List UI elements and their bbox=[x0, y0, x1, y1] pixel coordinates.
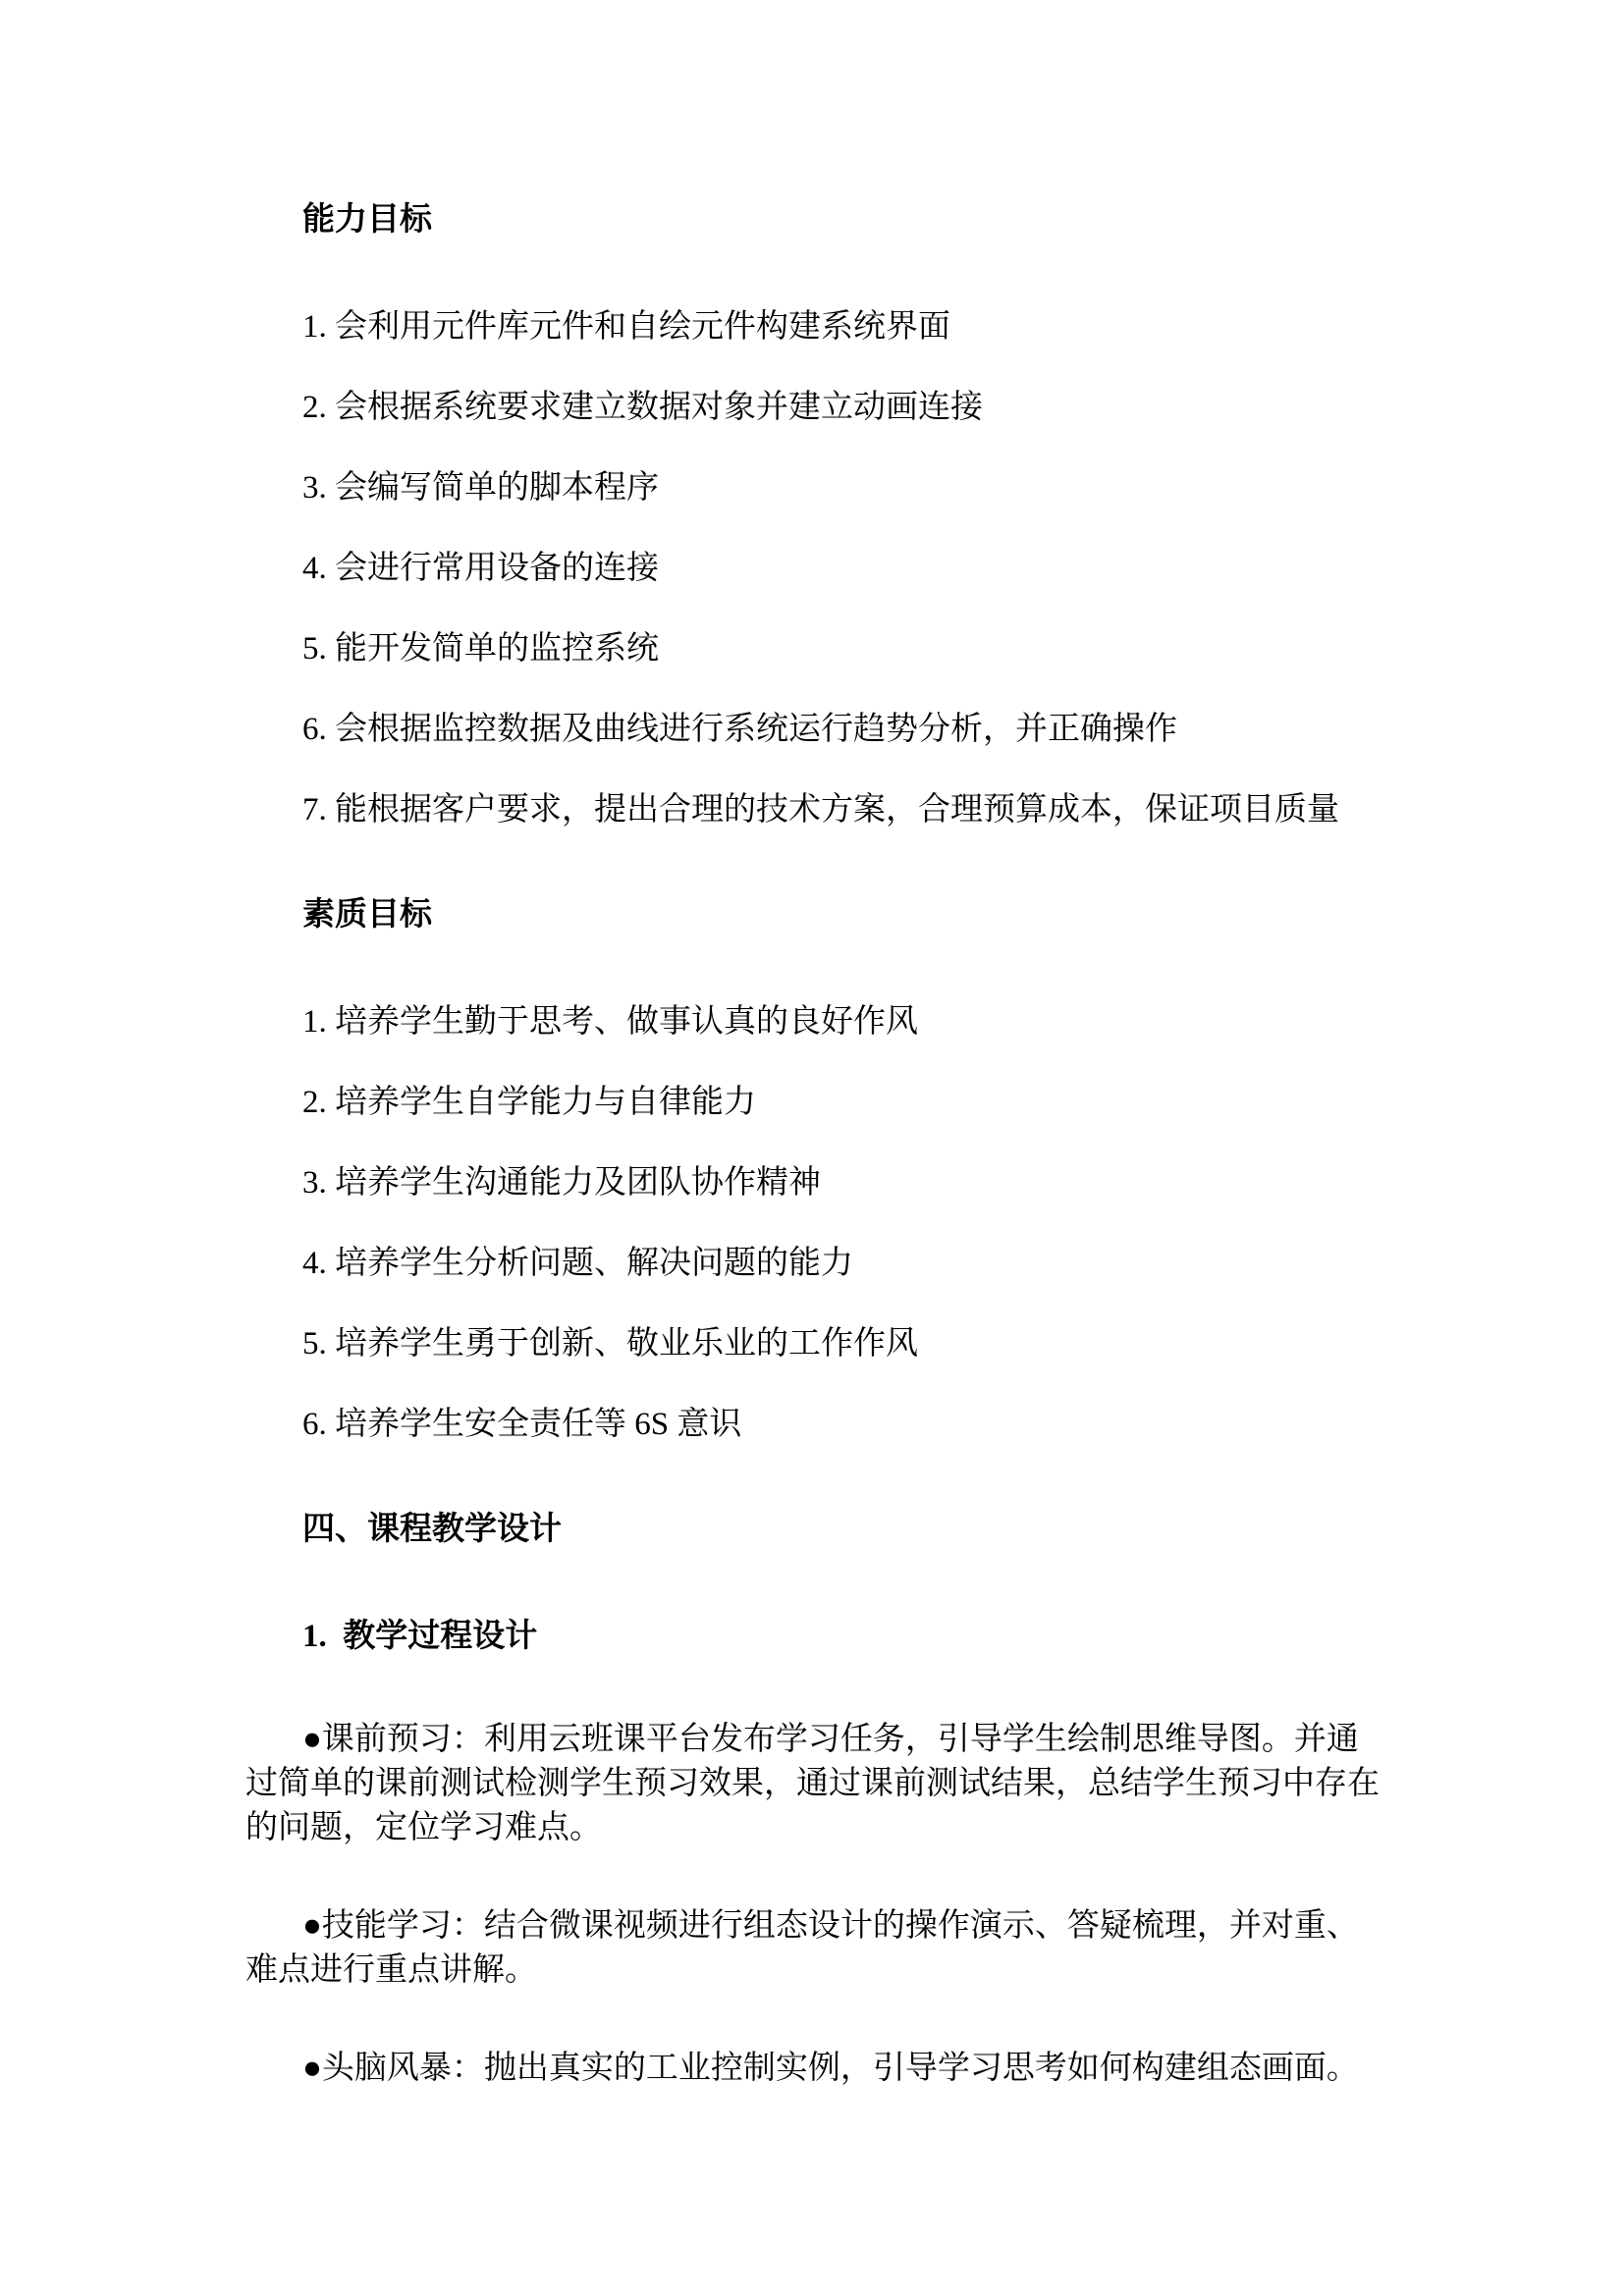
quality-objectives-heading: 素质目标 bbox=[245, 893, 1388, 937]
paragraph-line: ●课前预习：利用云班课平台发布学习任务，引导学生绘制思维导图。并通 bbox=[245, 1718, 1388, 1762]
paragraph-line: 过简单的课前测试检测学生预习效果，通过课前测试结果，总结学生预习中存在 bbox=[245, 1762, 1388, 1806]
paragraph-line: ●技能学习：结合微课视频进行组态设计的操作演示、答疑梳理，并对重、 bbox=[245, 1904, 1388, 1949]
course-teaching-design-heading: 四、课程教学设计 bbox=[245, 1508, 1388, 1552]
ability-item-1: 1. 会利用元件库元件和自绘元件构建系统界面 bbox=[245, 305, 1388, 349]
paragraph-line: ●头脑风暴：抛出真实的工业控制实例，引导学习思考如何构建组态画面。 bbox=[245, 2047, 1388, 2091]
paragraph-pre-class-preview: ●课前预习：利用云班课平台发布学习任务，引导学生绘制思维导图。并通 过简单的课前… bbox=[245, 1718, 1388, 1850]
paragraph-line: 的问题，定位学习难点。 bbox=[245, 1806, 1388, 1850]
ability-item-5: 5. 能开发简单的监控系统 bbox=[245, 627, 1388, 671]
ability-item-7: 7. 能根据客户要求，提出合理的技术方案，合理预算成本，保证项目质量 bbox=[245, 788, 1388, 832]
quality-item-1: 1. 培养学生勤于思考、做事认真的良好作风 bbox=[245, 1000, 1388, 1044]
paragraph-line: 难点进行重点讲解。 bbox=[245, 1949, 1388, 1993]
ability-item-6: 6. 会根据监控数据及曲线进行系统运行趋势分析，并正确操作 bbox=[245, 708, 1388, 752]
ability-item-3: 3. 会编写简单的脚本程序 bbox=[245, 466, 1388, 510]
quality-item-6: 6. 培养学生安全责任等 6S 意识 bbox=[245, 1403, 1388, 1447]
ability-item-4: 4. 会进行常用设备的连接 bbox=[245, 547, 1388, 591]
ability-objectives-heading: 能力目标 bbox=[245, 198, 1388, 242]
quality-item-3: 3. 培养学生沟通能力及团队协作精神 bbox=[245, 1161, 1388, 1205]
document-page: 能力目标 1. 会利用元件库元件和自绘元件构建系统界面 2. 会根据系统要求建立… bbox=[0, 0, 1624, 2296]
quality-item-2: 2. 培养学生自学能力与自律能力 bbox=[245, 1081, 1388, 1125]
quality-item-5: 5. 培养学生勇于创新、敬业乐业的工作作风 bbox=[245, 1322, 1388, 1366]
paragraph-brainstorm: ●头脑风暴：抛出真实的工业控制实例，引导学习思考如何构建组态画面。 bbox=[245, 2047, 1388, 2091]
quality-item-4: 4. 培养学生分析问题、解决问题的能力 bbox=[245, 1242, 1388, 1286]
paragraph-skill-learning: ●技能学习：结合微课视频进行组态设计的操作演示、答疑梳理，并对重、 难点进行重点… bbox=[245, 1904, 1388, 1993]
teaching-process-design-subheading: 1. 教学过程设计 bbox=[245, 1615, 1388, 1659]
ability-item-2: 2. 会根据系统要求建立数据对象并建立动画连接 bbox=[245, 386, 1388, 430]
